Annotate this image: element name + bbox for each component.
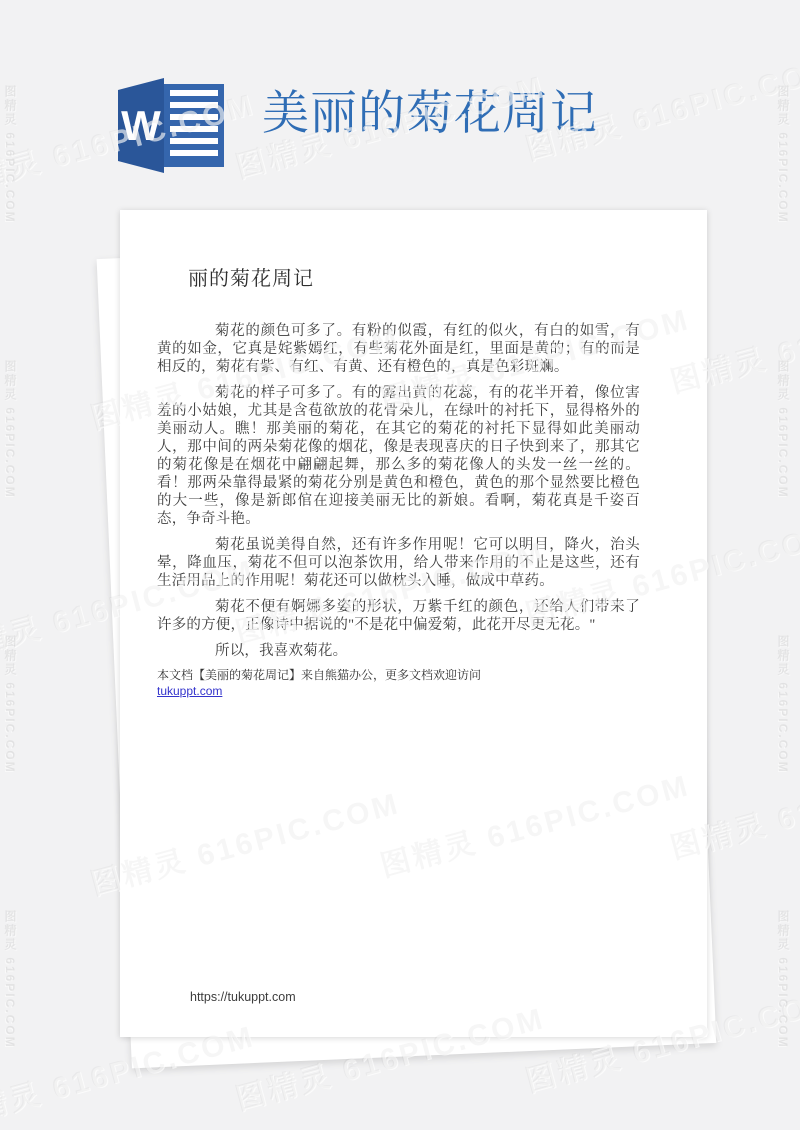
page-url: https://tukuppt.com [190, 990, 296, 1004]
doc-heading: 丽的菊花周记 [188, 266, 640, 292]
edge-watermark: 图精灵 616PIC.COM [775, 360, 792, 499]
word-icon-letter: W [121, 102, 161, 149]
edge-watermark: 图精灵 616PIC.COM [2, 910, 19, 1049]
doc-paragraph: 所以，我喜欢菊花。 [157, 642, 640, 660]
page-canvas: W 美丽的菊花周记 丽的菊花周记 菊花的颜色可多了。有粉的似霞，有红的似火，有白… [0, 0, 800, 1130]
footer-link[interactable]: tukuppt.com [157, 684, 222, 698]
edge-watermark: 图精灵 616PIC.COM [2, 85, 19, 224]
word-icon: W [114, 76, 230, 175]
doc-paragraph: 菊花的颜色可多了。有粉的似霞，有红的似火，有白的如雪，有黄的如金，它真是姹紫嫣红… [157, 322, 640, 376]
doc-body: 菊花的颜色可多了。有粉的似霞，有红的似火，有白的如雪，有黄的如金，它真是姹紫嫣红… [157, 322, 640, 660]
footer-note: 本文档【美丽的菊花周记】来自熊猫办公，更多文档欢迎访问 tukuppt.com [157, 668, 640, 699]
doc-paragraph: 菊花不便有婀娜多姿的形状，万紫千红的颜色，还给人们带来了许多的方便，正像诗中据说… [157, 598, 640, 634]
page-title: 美丽的菊花周记 [262, 86, 598, 140]
edge-watermark: 图精灵 616PIC.COM [2, 360, 19, 499]
edge-watermark: 图精灵 616PIC.COM [2, 635, 19, 774]
edge-watermark: 图精灵 616PIC.COM [775, 910, 792, 1049]
edge-watermark: 图精灵 616PIC.COM [775, 85, 792, 224]
word-logo-svg: W [114, 76, 230, 175]
edge-watermark: 图精灵 616PIC.COM [775, 635, 792, 774]
doc-paragraph: 菊花的样子可多了。有的露出黄的花蕊，有的花半开着，像位害羞的小姑娘，尤其是含苞欲… [157, 384, 640, 528]
doc-paragraph: 菊花虽说美得自然，还有许多作用呢！它可以明目，降火，治头晕，降血压，菊花不但可以… [157, 536, 640, 590]
document-page: 丽的菊花周记 菊花的颜色可多了。有粉的似霞，有红的似火，有白的如雪，有黄的如金，… [120, 210, 707, 1037]
footer-note-text: 本文档【美丽的菊花周记】来自熊猫办公，更多文档欢迎访问 [157, 668, 481, 682]
